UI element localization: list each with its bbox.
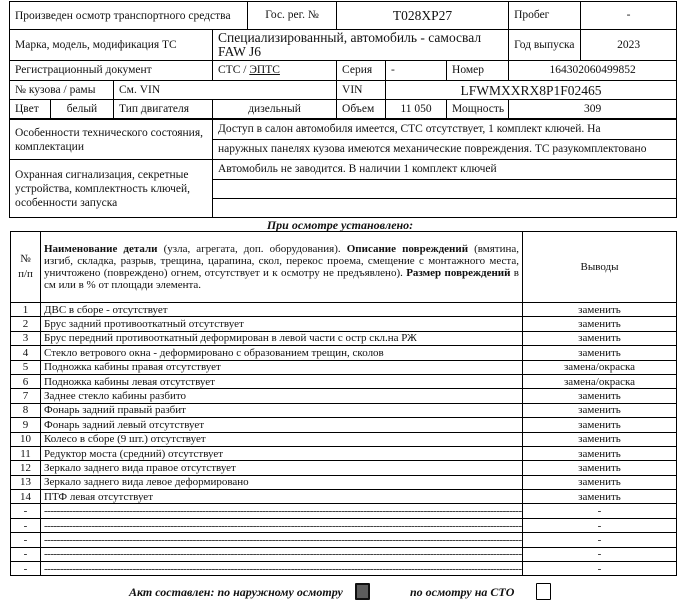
inspected-label: Произведен осмотр транспортного средства	[10, 2, 248, 30]
row-number: 12	[11, 461, 41, 475]
row-result: замена/окраска	[523, 374, 677, 388]
row-number: 8	[11, 403, 41, 417]
row-number: 4	[11, 346, 41, 360]
table-row: 1ДВС в сборе - отсутствуетзаменить	[11, 303, 677, 317]
color-label: Цвет	[10, 100, 51, 119]
row-result: заменить	[523, 418, 677, 432]
table-row: 8Фонарь задний правый разбитзаменить	[11, 403, 677, 417]
body-value: См. VIN	[114, 81, 337, 100]
row-description: Зеркало заднего вида левое деформировано	[41, 475, 523, 489]
year-label: Год выпуска	[509, 30, 581, 61]
row-result: заменить	[523, 461, 677, 475]
row-description: ДВС в сборе - отсутствует	[41, 303, 523, 317]
desc-header-damage: Описание повреждений	[347, 243, 468, 255]
table-row: ----------------------------------------…	[11, 518, 677, 532]
row-number: -	[11, 518, 41, 532]
row-description: Заднее стекло кабины разбито	[41, 389, 523, 403]
row-result: заменить	[523, 446, 677, 460]
row-description: Подножка кабины левая отсутствует	[41, 374, 523, 388]
row-description: ----------------------------------------…	[41, 518, 523, 532]
row-number: 13	[11, 475, 41, 489]
power-label: Мощность	[447, 100, 509, 119]
color-value: белый	[51, 100, 114, 119]
tech-state-line-1: Доступ в салон автомобиля имеется, СТС о…	[213, 120, 677, 140]
row-result: заменить	[523, 331, 677, 345]
table-row: ----------------------------------------…	[11, 547, 677, 561]
col-result-header: Выводы	[523, 232, 677, 303]
number-label: Номер	[447, 61, 509, 81]
vin-value: LFWMXXRX8P1F02465	[386, 81, 677, 100]
row-result: заменить	[523, 432, 677, 446]
col-number-header: № п/п	[11, 232, 41, 303]
row-result: заменить	[523, 317, 677, 331]
row-result: заменить	[523, 475, 677, 489]
security-label: Охранная сигнализация, секретные устройс…	[10, 160, 213, 218]
row-result: заменить	[523, 303, 677, 317]
row-description: Редуктор моста (средний) отсутствует	[41, 446, 523, 460]
service-inspection-checkbox[interactable]	[536, 583, 551, 600]
row-number: 1	[11, 303, 41, 317]
row-description: Фонарь задний правый разбит	[41, 403, 523, 417]
desc-header-part-name: Наименование детали	[44, 243, 158, 255]
row-result: -	[523, 547, 677, 561]
reg-number-value: Т028ХР27	[337, 2, 509, 30]
row-result: заменить	[523, 403, 677, 417]
row-result: -	[523, 562, 677, 576]
damage-items-table: № п/п Наименование детали (узла, агрегат…	[10, 231, 677, 576]
col-description-header: Наименование детали (узла, агрегата, доп…	[41, 232, 523, 303]
row-description: Стекло ветрового окна - деформировано с …	[41, 346, 523, 360]
volume-label: Объем	[337, 100, 386, 119]
row-number: 10	[11, 432, 41, 446]
row-description: ----------------------------------------…	[41, 562, 523, 576]
row-description: ----------------------------------------…	[41, 533, 523, 547]
number-value: 164302060499852	[509, 61, 677, 81]
row-number: -	[11, 533, 41, 547]
row-description: ПТФ левая отсутствует	[41, 490, 523, 504]
row-number: -	[11, 547, 41, 561]
row-result: замена/окраска	[523, 360, 677, 374]
security-line-3	[213, 199, 677, 218]
volume-value: 11 050	[386, 100, 447, 119]
row-description: ----------------------------------------…	[41, 547, 523, 561]
regdoc-type-b: ЭПТС	[249, 64, 280, 76]
row-description: Брус передний противооткатный деформиров…	[41, 331, 523, 345]
row-result: -	[523, 518, 677, 532]
reg-number-label: Гос. рег. №	[248, 2, 337, 30]
row-number: 6	[11, 374, 41, 388]
table-row: 2Брус задний противооткатный отсутствует…	[11, 317, 677, 331]
vin-label: VIN	[337, 81, 386, 100]
row-number: -	[11, 504, 41, 518]
table-row: ----------------------------------------…	[11, 504, 677, 518]
table-row: 13Зеркало заднего вида левое деформирова…	[11, 475, 677, 489]
table-row: 7Заднее стекло кабины разбитозаменить	[11, 389, 677, 403]
row-description: Фонарь задний левый отсутствует	[41, 418, 523, 432]
row-number: -	[11, 562, 41, 576]
external-inspection-label: Акт составлен: по наружному осмотру	[129, 585, 343, 600]
vehicle-notes-table: Особенности технического состояния, комп…	[9, 119, 677, 218]
row-description: ----------------------------------------…	[41, 504, 523, 518]
act-footer: Акт составлен: по наружному осмотру по о…	[0, 582, 680, 604]
table-row: 6Подножка кабины левая отсутствуетзамена…	[11, 374, 677, 388]
row-description: Брус задний противооткатный отсутствует	[41, 317, 523, 331]
caption-text: При осмотре установлено:	[267, 218, 413, 232]
row-number: 2	[11, 317, 41, 331]
row-result: -	[523, 533, 677, 547]
body-label: № кузова / рамы	[10, 81, 114, 100]
table-row: 9Фонарь задний левый отсутствуетзаменить	[11, 418, 677, 432]
row-number: 5	[11, 360, 41, 374]
row-number: 14	[11, 490, 41, 504]
desc-header-part-note: (узла, агрегата, доп. оборудования).	[158, 243, 347, 255]
external-inspection-checkbox[interactable]	[355, 583, 370, 600]
tech-state-line-2: наружных панелях кузова имеются механиче…	[213, 140, 677, 160]
row-result: заменить	[523, 490, 677, 504]
desc-header-size: Размер повреждений	[406, 267, 510, 279]
row-result: заменить	[523, 389, 677, 403]
year-value: 2023	[581, 30, 677, 61]
regdoc-label: Регистрационный документ	[10, 61, 213, 81]
model-value: Специализированный, автомобиль - самосва…	[213, 30, 509, 61]
engine-value: дизельный	[213, 100, 337, 119]
security-line-2	[213, 180, 677, 199]
table-row: 10Колесо в сборе (9 шт.) отсутствуетзаме…	[11, 432, 677, 446]
series-value: -	[386, 61, 447, 81]
model-label: Марка, модель, модификация ТС	[10, 30, 213, 61]
table-row: ----------------------------------------…	[11, 533, 677, 547]
row-result: -	[523, 504, 677, 518]
row-number: 3	[11, 331, 41, 345]
series-label: Серия	[337, 61, 386, 81]
table-row: 5Подножка кабины правая отсутствуетзамен…	[11, 360, 677, 374]
tech-state-label: Особенности технического состояния, комп…	[10, 120, 213, 160]
table-row: 14ПТФ левая отсутствуетзаменить	[11, 490, 677, 504]
row-description: Колесо в сборе (9 шт.) отсутствует	[41, 432, 523, 446]
table-row: 12Зеркало заднего вида правое отсутствуе…	[11, 461, 677, 475]
row-description: Зеркало заднего вида правое отсутствует	[41, 461, 523, 475]
table-row: 4Стекло ветрового окна - деформировано с…	[11, 346, 677, 360]
row-result: заменить	[523, 346, 677, 360]
regdoc-type-a: СТС /	[218, 64, 249, 76]
row-description: Подножка кабины правая отсутствует	[41, 360, 523, 374]
mileage-value: -	[581, 2, 677, 30]
vehicle-info-table: Произведен осмотр транспортного средства…	[9, 1, 677, 119]
row-number: 7	[11, 389, 41, 403]
table-row: ----------------------------------------…	[11, 562, 677, 576]
row-number: 11	[11, 446, 41, 460]
security-line-1: Автомобиль не заводится. В наличии 1 ком…	[213, 160, 677, 180]
table-row: 11Редуктор моста (средний) отсутствуетза…	[11, 446, 677, 460]
row-number: 9	[11, 418, 41, 432]
table-row: 3Брус передний противооткатный деформиро…	[11, 331, 677, 345]
power-value: 309	[509, 100, 677, 119]
mileage-label: Пробег	[509, 2, 581, 30]
engine-label: Тип двигателя	[114, 100, 213, 119]
regdoc-value: СТС / ЭПТС	[213, 61, 337, 81]
service-inspection-label: по осмотру на СТО	[410, 585, 514, 600]
